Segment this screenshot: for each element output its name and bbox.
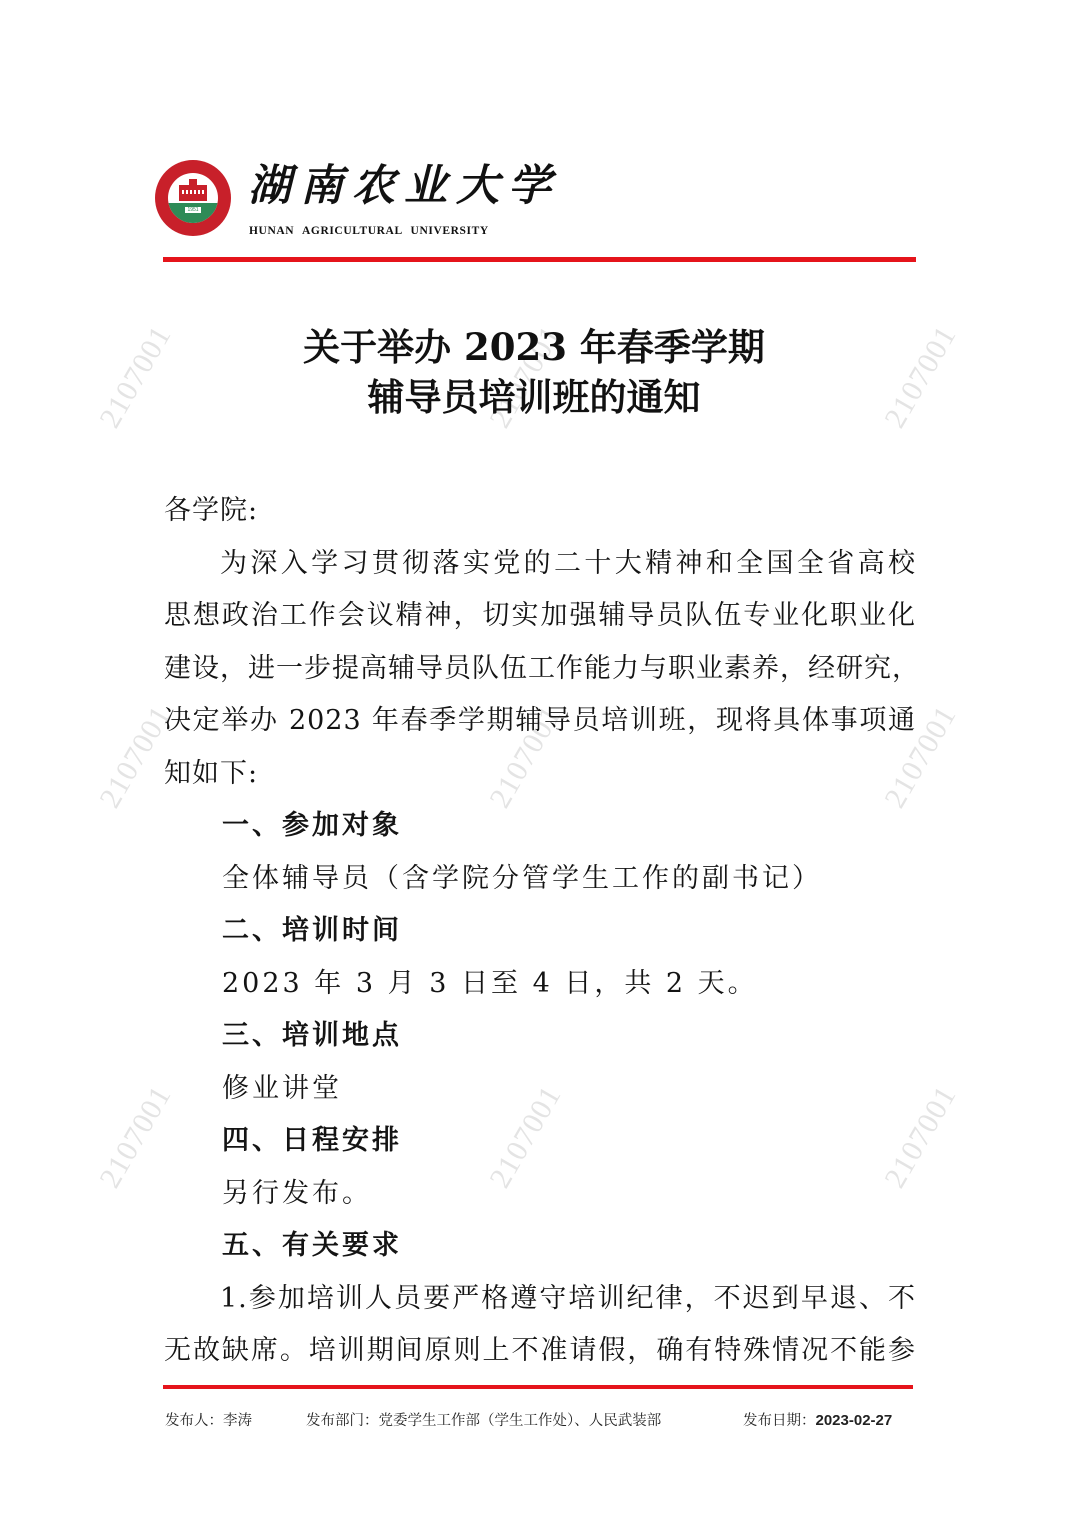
section-heading-schedule: 四、日程安排 — [164, 1115, 916, 1168]
section-content-location: 修业讲堂 — [164, 1063, 916, 1116]
section-content-time: 2023 年 3 月 3 日至 4 日，共 2 天。 — [164, 958, 916, 1011]
document-page: 2107001 2107001 2107001 2107001 2107001 … — [0, 0, 1074, 1520]
intro-line: 思想政治工作会议精神，切实加强辅导员队伍专业化职业化 — [164, 590, 916, 643]
title-line-1: 关于举办 2023 年春季学期 — [0, 322, 1071, 372]
intro-line: 决定举办 2023 年春季学期辅导员培训班，现将具体事项通 — [164, 695, 916, 748]
publish-date-info: 发布日期：2023-02-27 — [743, 1409, 892, 1430]
section-heading-participants: 一、参加对象 — [164, 800, 916, 853]
intro-line: 为深入学习贯彻落实党的二十大精神和全国全省高校 — [164, 538, 916, 591]
university-name-en: HUNAN AGRICULTURAL UNIVERSITY — [249, 225, 489, 237]
university-seal-icon: 1951 — [155, 160, 231, 236]
department-label: 发布部门： — [306, 1413, 379, 1429]
section-heading-requirements: 五、有关要求 — [164, 1220, 916, 1273]
seal-emblem: 1951 — [168, 173, 218, 223]
requirement-line: 无故缺席。培训期间原则上不准请假，确有特殊情况不能参 — [164, 1325, 916, 1378]
seal-ground — [168, 203, 218, 223]
publisher-name: 李涛 — [223, 1413, 252, 1429]
publisher-info: 发布人：李涛 — [165, 1409, 252, 1430]
publisher-label: 发布人： — [165, 1413, 223, 1429]
document-body: 各学院: 为深入学习贯彻落实党的二十大精神和全国全省高校 思想政治工作会议精神，… — [164, 485, 916, 1378]
building-icon — [179, 185, 207, 201]
seal-year: 1951 — [185, 207, 201, 213]
letterhead: 1951 湖南农业大学 HUNAN AGRICULTURAL UNIVERSIT… — [155, 158, 915, 244]
footer-divider — [163, 1385, 913, 1389]
section-heading-time: 二、培训时间 — [164, 905, 916, 958]
section-content-schedule: 另行发布。 — [164, 1168, 916, 1221]
university-name-cn: 湖南农业大学 — [248, 160, 560, 212]
salutation: 各学院: — [164, 485, 916, 538]
header-divider — [163, 257, 916, 262]
department-info: 发布部门：党委学生工作部（学生工作处）、人民武装部 — [306, 1409, 661, 1430]
intro-line: 知如下: — [164, 748, 916, 801]
requirement-line: 1.参加培训人员要严格遵守培训纪律，不迟到早退、不 — [164, 1273, 916, 1326]
intro-line: 建设，进一步提高辅导员队伍工作能力与职业素养，经研究， — [164, 643, 916, 696]
document-title: 关于举办 2023 年春季学期 辅导员培训班的通知 — [0, 322, 1074, 422]
section-heading-location: 三、培训地点 — [164, 1010, 916, 1063]
section-content-participants: 全体辅导员（含学院分管学生工作的副书记） — [164, 853, 916, 906]
publish-date: 2023-02-27 — [816, 1412, 893, 1429]
date-label: 发布日期： — [743, 1413, 816, 1429]
department-name: 党委学生工作部（学生工作处）、人民武装部 — [379, 1413, 662, 1429]
title-line-2: 辅导员培训班的通知 — [0, 372, 1071, 422]
